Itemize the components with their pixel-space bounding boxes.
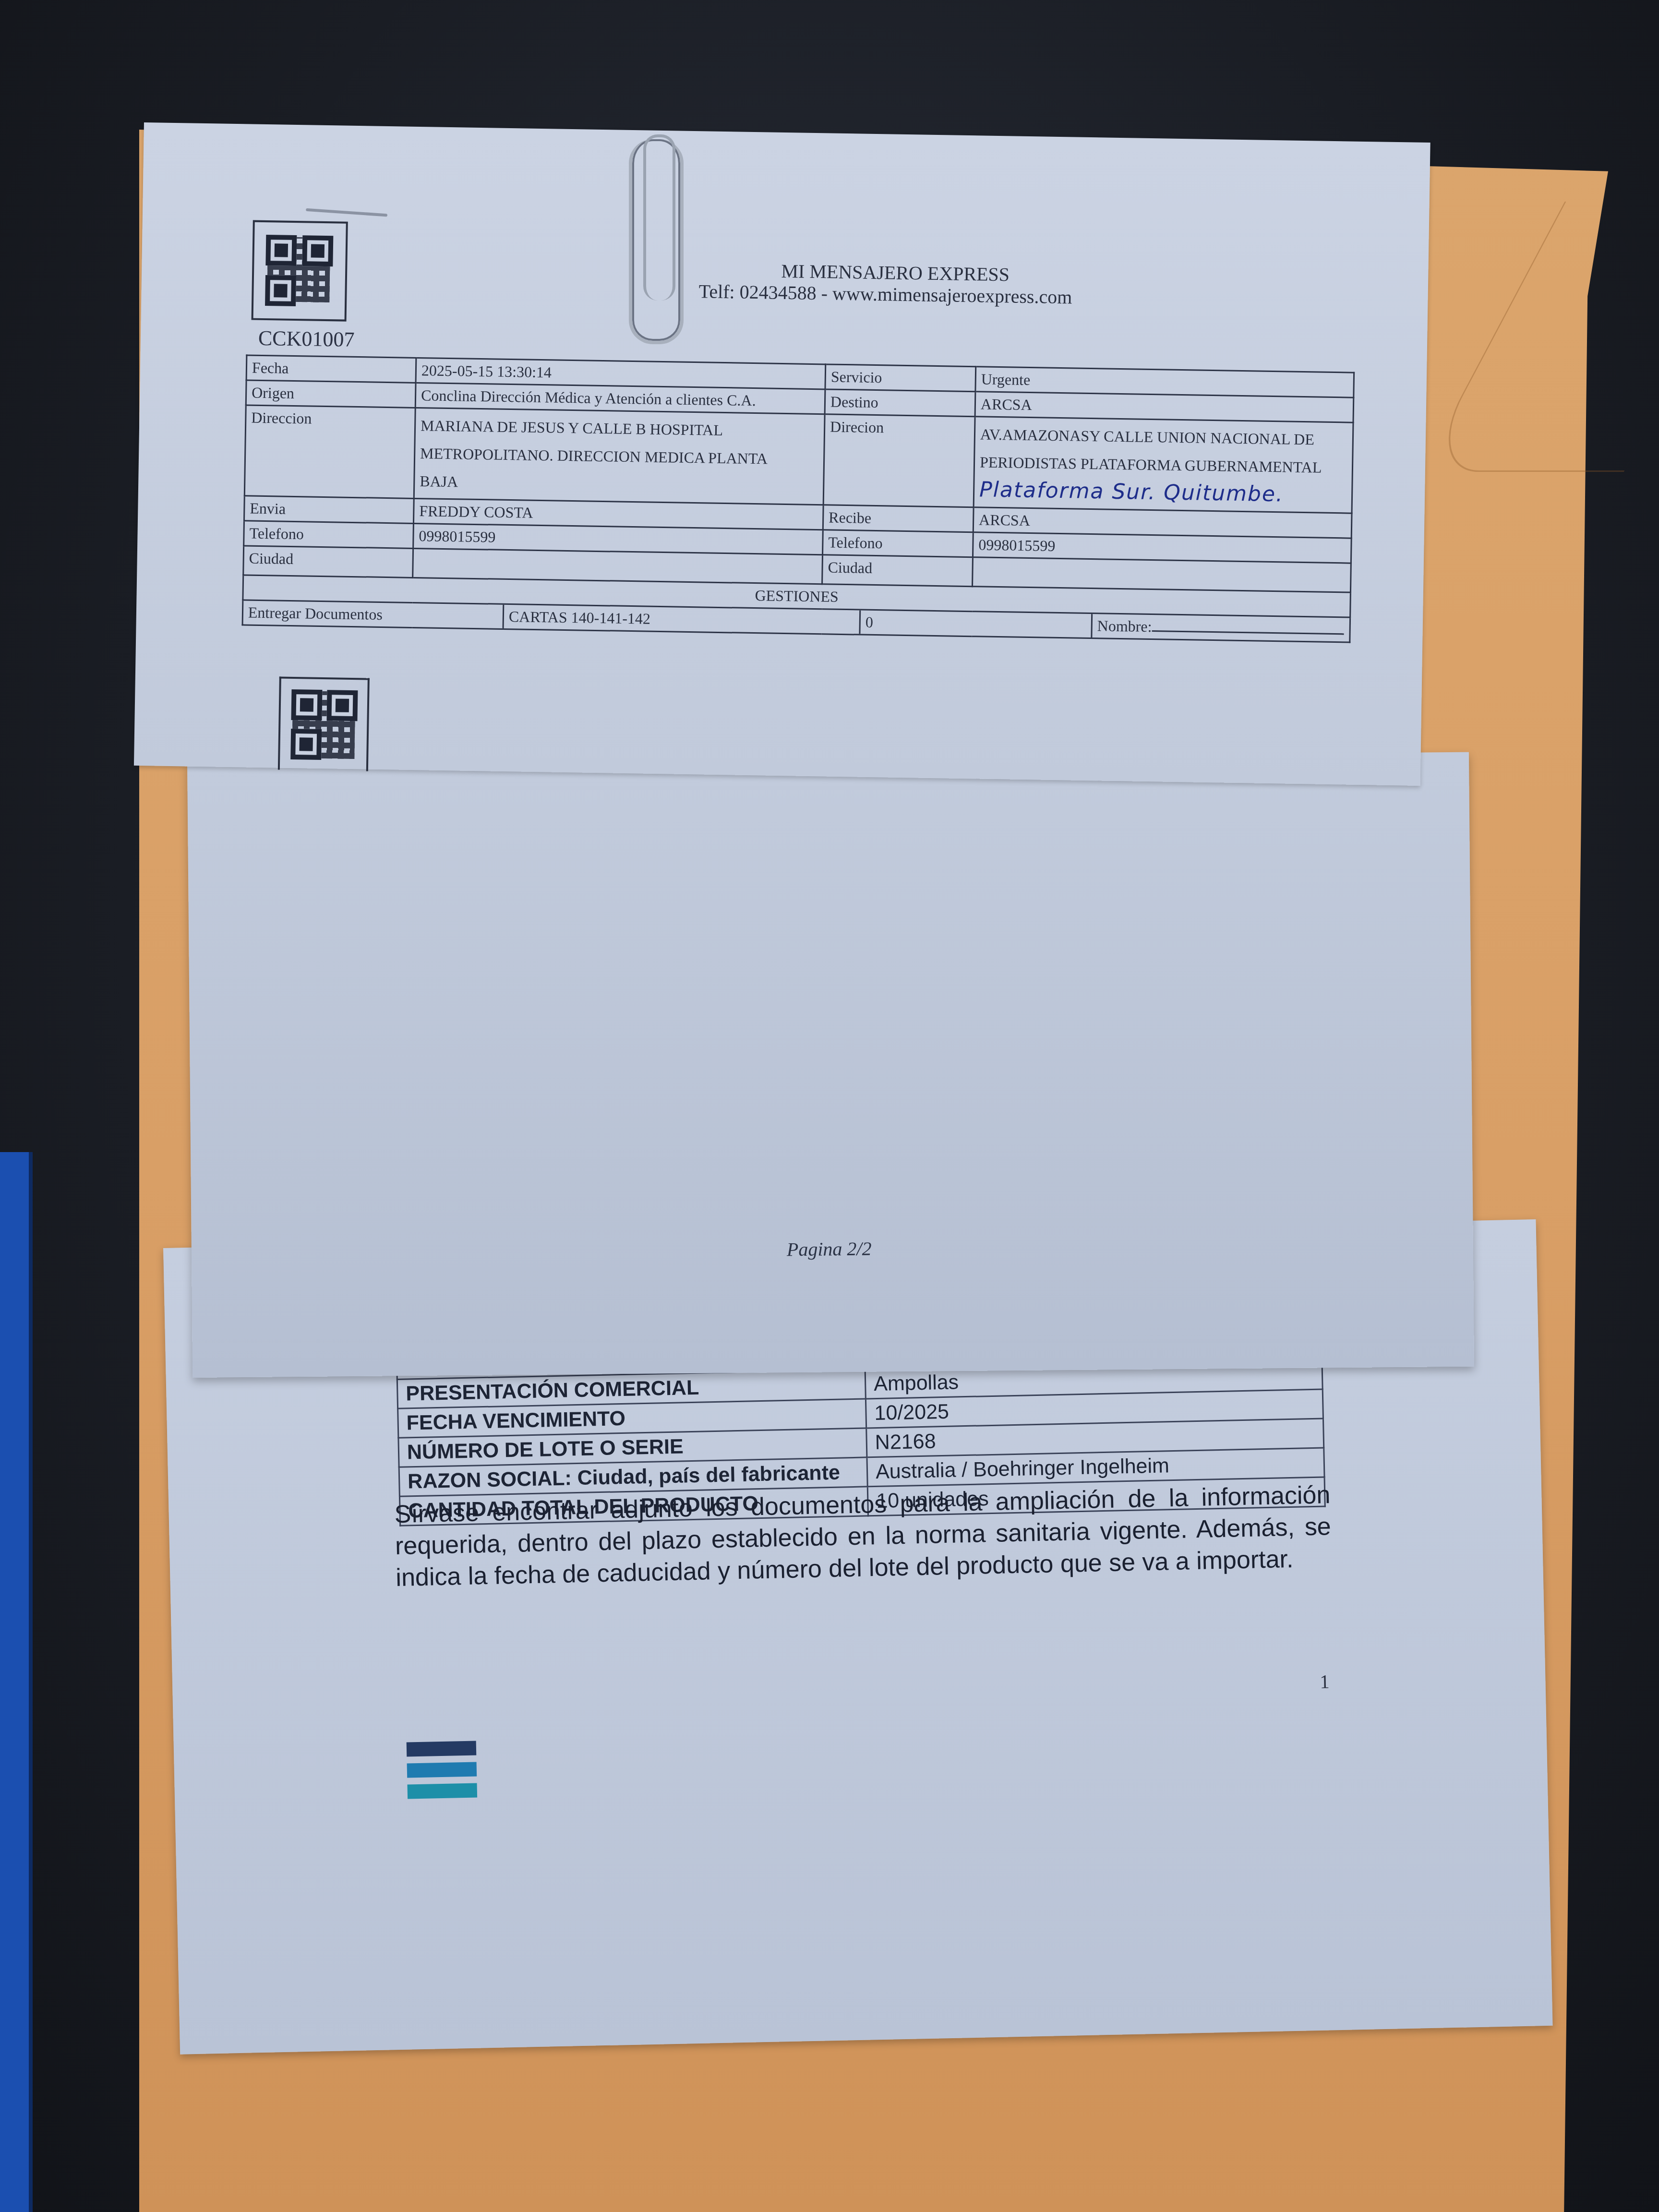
gestion-count: 0 — [860, 611, 1092, 638]
ciudad-label: Ciudad — [243, 546, 413, 578]
handwritten-note: Plataforma Sur. Quitumbe. — [979, 476, 1347, 509]
qr-finder-icon — [302, 235, 333, 266]
qr-finder-icon — [265, 275, 296, 306]
logo-bar — [408, 1783, 478, 1799]
direcion-dest-value: AV.AMAZONASY CALLE UNION NACIONAL DE PER… — [974, 417, 1353, 513]
letter-body-text: Sírvase encontrar adjunto los documentos… — [394, 1479, 1332, 1594]
folded-page: Pagina 2/2 — [187, 752, 1474, 1378]
direccion-value: MARIANA DE JESUS Y CALLE B HOSPITAL METR… — [414, 408, 825, 505]
tracking-code: CCK01007 — [258, 326, 355, 352]
envia-label: Envia — [244, 496, 414, 524]
page-indicator: Pagina 2/2 — [787, 1238, 872, 1261]
destino-label: Destino — [825, 389, 975, 417]
nombre-field: Nombre: — [1092, 614, 1349, 641]
paperclip-inner-icon — [643, 134, 675, 301]
qr-code-box-secondary — [278, 677, 370, 771]
blue-folder-edge — [0, 1152, 33, 2212]
nombre-label: Nombre: — [1097, 617, 1152, 635]
table-row: Direccion MARIANA DE JESUS Y CALLE B HOS… — [244, 405, 1353, 513]
recibe-label: Recibe — [823, 505, 974, 532]
nombre-signature-line — [1152, 630, 1344, 635]
qr-finder-icon — [265, 235, 297, 266]
telefono-label: Telefono — [244, 521, 414, 549]
logo-bar — [407, 1741, 477, 1757]
courier-guide-sheet: CCK01007 MI MENSAJERO EXPRESS Telf: 0243… — [134, 122, 1431, 786]
gestion-detail: CARTAS 140-141-142 — [503, 605, 860, 634]
servicio-label: Servicio — [825, 364, 976, 392]
telefono-dest-label: Telefono — [823, 530, 974, 557]
origen-label: Origen — [246, 380, 416, 408]
shipment-table: Fecha 2025-05-15 13:30:14 Servicio Urgen… — [242, 354, 1355, 643]
gestion-action: Entregar Documentos — [243, 601, 504, 628]
direcion-dest-label: Direcion — [823, 414, 975, 507]
fecha-label: Fecha — [246, 355, 416, 383]
qr-code-box — [252, 220, 348, 322]
logo-bar — [407, 1762, 477, 1778]
ciudad-dest-label: Ciudad — [822, 555, 973, 587]
qr-finder-icon — [291, 689, 322, 721]
staple-mark — [306, 208, 387, 217]
qr-finder-icon — [290, 729, 322, 760]
company-logo-icon — [407, 1741, 478, 1806]
qr-finder-icon — [326, 690, 358, 721]
page-number: 1 — [1320, 1670, 1330, 1693]
direccion-label: Direccion — [244, 405, 415, 499]
